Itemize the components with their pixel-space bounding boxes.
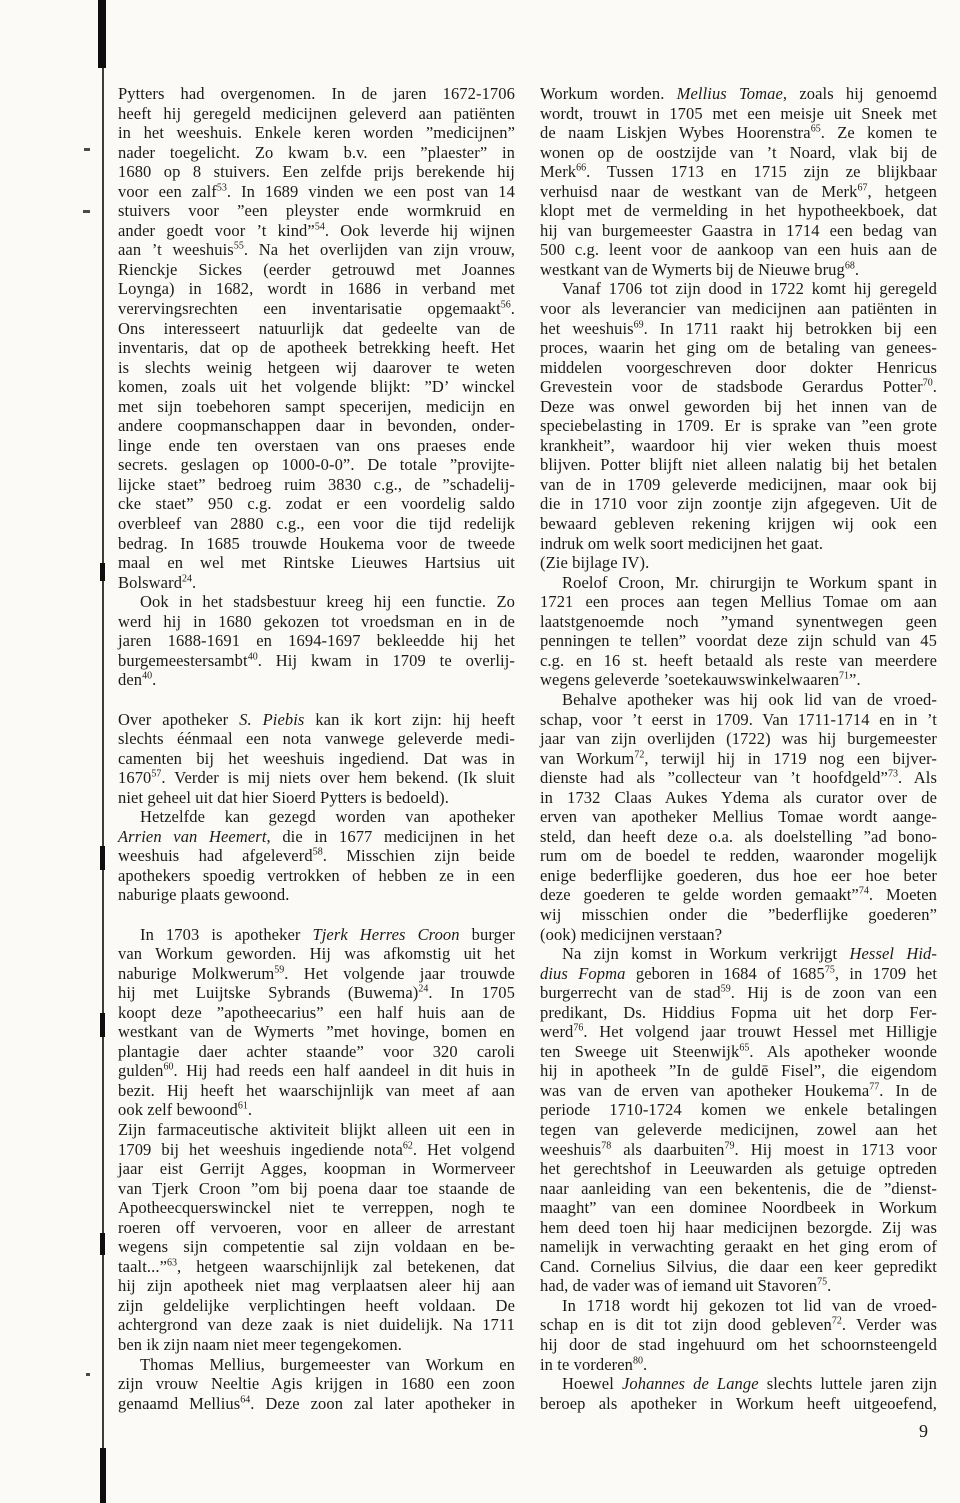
- text-line: predikant, Ds. Hiddius Fopma uit het dor…: [540, 1003, 937, 1023]
- text-line: Roelof Croon, Mr. chirurgijn te Workum s…: [540, 573, 937, 593]
- text-line: tegen van geleverde medicijnen, zowel aa…: [540, 1120, 937, 1140]
- text-line: Workum worden. Mellius Tomae, zoals hij …: [540, 84, 937, 104]
- text-line: wordt, trouwt in 1705 met een meisje uit…: [540, 104, 937, 124]
- text-line: heeft hij geregeld medicijnen geleverd a…: [118, 104, 515, 124]
- text-line: niet geheel uit dat hier Sioerd Pytters …: [118, 788, 515, 808]
- text-line: periode 1710-1724 komen we enkele betali…: [540, 1100, 937, 1120]
- text-line: westkant van de Wymerts ”met hovinge, bo…: [118, 1022, 515, 1042]
- scan-artifact-speck: [83, 210, 90, 213]
- text-line: krankheit”, waardoor hij vier weken thui…: [540, 436, 937, 456]
- text-line: lijcke staet” bedroeg ruim 3830 c.g., de…: [118, 475, 515, 495]
- text-line: werd hij in 1680 gekozen tot vroedsman e…: [118, 612, 515, 632]
- text-line: proces, waarin het ging om de betaling v…: [540, 338, 937, 358]
- text-line: die in 1710 voor zijn zoontje zijn afgeg…: [540, 494, 937, 514]
- text-line: (ook) medicijnen verstaan?: [540, 925, 937, 945]
- text-line: hij van burgemeester Gaastra in 1714 een…: [540, 221, 937, 241]
- text-line: klopt met de vermelding in het hypotheek…: [540, 201, 937, 221]
- text-line: schap en is dit tot zijn dood gebleven72…: [540, 1315, 937, 1335]
- text-line: blijven. Potter blijft niet alleen nalat…: [540, 455, 937, 475]
- text-line: cke staet” 950 c.g. zodat er een voordel…: [118, 494, 515, 514]
- text-line: was van de erven van apotheker Houkema77…: [540, 1081, 937, 1101]
- text-line: 1721 een proces aan tegen Mellius Tomae …: [540, 592, 937, 612]
- text-line: andere coopmanschappen daar in bevonden,…: [118, 416, 515, 436]
- scan-artifact-blot: [100, 1448, 106, 1503]
- text-line: den40.: [118, 670, 515, 690]
- text-line: Pytters had overgenomen. In de jaren 167…: [118, 84, 515, 104]
- text-line: in 1732 Claas Aukes Ydema als curator ov…: [540, 788, 937, 808]
- text-line: 167057. Verder is mij niets over hem bek…: [118, 768, 515, 788]
- scan-artifact-blot: [100, 563, 105, 581]
- text-line: met sijn toebehoren sampt specerijen, me…: [118, 397, 515, 417]
- text-line: komen, zoals uit het volgende blijkt: ”D…: [118, 377, 515, 397]
- text-line: (Zie bijlage IV).: [540, 553, 937, 573]
- text-line: erven van apotheker Mellius Tomae wordt …: [540, 807, 937, 827]
- text-line: naar aanleiding van een bekentenis, die …: [540, 1179, 937, 1199]
- text-line: In 1718 wordt hij gekozen tot lid van de…: [540, 1296, 937, 1316]
- scan-artifact-blot: [100, 1013, 105, 1037]
- text-line: burgerrecht van de stad59. Hij is de zoo…: [540, 983, 937, 1003]
- text-line: Na zijn komst in Workum verkrijgt Hessel…: [540, 944, 937, 964]
- right-column: Workum worden. Mellius Tomae, zoals hij …: [540, 84, 937, 1413]
- text-line: genaamd Mellius64. Deze zoon zal later a…: [118, 1394, 515, 1414]
- text-line: achtergrond van deze zaak is niet duidel…: [118, 1315, 515, 1335]
- text-line: Over apotheker S. Piebis kan ik kort zij…: [118, 710, 515, 730]
- text-line: beroep als apotheker in Workum heeft uit…: [540, 1394, 937, 1414]
- text-line: namelijk in verwachting geraakt en het g…: [540, 1237, 937, 1257]
- text-line: Arrien van Heemert, die in 1677 medicijn…: [118, 827, 515, 847]
- text-line: is slechts weinig hetgeen wij daarover t…: [118, 358, 515, 378]
- text-line: Vanaf 1706 tot zijn dood in 1722 komt hi…: [540, 279, 937, 299]
- text-line: ten Sweege uit Steenwijk65. Als apotheke…: [540, 1042, 937, 1062]
- text-line: bedrag. In 1685 trouwde Houkema voor de …: [118, 534, 515, 554]
- text-line: ook zelf bewoond61.: [118, 1100, 515, 1120]
- text-line: van Workum72, terwijl hij in 1719 nog ee…: [540, 749, 937, 769]
- text-line: Hoewel Johannes de Lange slechts luttele…: [540, 1374, 937, 1394]
- text-line: wegens sijn competentie sal zijn voldaan…: [118, 1237, 515, 1257]
- text-line: hij met Luijtske Sybrands (Buwema)24. In…: [118, 983, 515, 1003]
- text-line: voor als leverancier van medicijnen aan …: [540, 299, 937, 319]
- text-line: weeshuis78 als daarbuiten79. Hij moest i…: [540, 1140, 937, 1160]
- text-line: maaght” van een dominee Noordbeek in Wor…: [540, 1198, 937, 1218]
- text-line: speciebelasting in 1709. Er is sprake va…: [540, 416, 937, 436]
- text-line: In 1703 is apotheker Tjerk Herres Croon …: [118, 925, 515, 945]
- text-line: Loynga) in 1682, wordt in 1686 in verban…: [118, 279, 515, 299]
- text-line: burgemeestersambt40. Hij kwam in 1709 te…: [118, 651, 515, 671]
- scan-artifact-binding-line: [102, 0, 104, 1503]
- text-line: hij zijn apotheek niet mag verplaatsen a…: [118, 1276, 515, 1296]
- text-line: hij door de stad ingehuurd om het schoor…: [540, 1335, 937, 1355]
- text-line: linge ende ten overstaen van ons praeses…: [118, 436, 515, 456]
- text-line: zijn geldelijke verplichtingen heeft vol…: [118, 1296, 515, 1316]
- text-line: wegens geleverde ’soetekauwswinkelwaaren…: [540, 670, 937, 690]
- text-line: apothekers spoedig vertrokken of hebben …: [118, 866, 515, 886]
- scan-artifact-blot: [100, 846, 105, 870]
- text-line: middelen voorgeschreven door dokter Henr…: [540, 358, 937, 378]
- text-line: steld, dan heeft deze o.a. als doelstell…: [540, 827, 937, 847]
- text-line: Ook in het stadsbestuur kreeg hij een fu…: [118, 592, 515, 612]
- text-line: Hetzelfde kan gezegd worden van apotheke…: [118, 807, 515, 827]
- text-line: Ons interesseert natuurlijk dat gedeelte…: [118, 319, 515, 339]
- text-line: naburige Molkwerum59. Het volgende jaar …: [118, 964, 515, 984]
- page-number: 9: [919, 1421, 928, 1442]
- text-line: laatstgenoemde noch ”ymand synentwegen g…: [540, 612, 937, 632]
- text-line: de naam Liskjen Wybes Hoorenstra65. Ze k…: [540, 123, 937, 143]
- text-line: weeshuis had afgeleverd58. Misschien zij…: [118, 846, 515, 866]
- text-line: van Tjerk Croon ”om bij poena daar toe s…: [118, 1179, 515, 1199]
- text-line: bezit. Hij heeft het waarschijnlijk van …: [118, 1081, 515, 1101]
- scan-artifact-speck: [84, 148, 90, 151]
- text-line: westkant van de Wymerts bij de Nieuwe br…: [540, 260, 937, 280]
- text-line: Bolsward24.: [118, 573, 515, 593]
- text-line: Grevestein voor de stadsbode Gerardus Po…: [540, 377, 937, 397]
- text-line: 1709 bij het weeshuis ingediende nota62.…: [118, 1140, 515, 1160]
- text-line: plantagie daer achter staande” voor 320 …: [118, 1042, 515, 1062]
- text-line: dienste had als ”collecteur van ’t hoofd…: [540, 768, 937, 788]
- text-line: hij in apotheek ”In de guldē Fisel”, die…: [540, 1061, 937, 1081]
- text-line: overbleef van 2880 c.g., een voor die ti…: [118, 514, 515, 534]
- text-line: jaar van zijn overlijden (1722) was hij …: [540, 729, 937, 749]
- text-line: van de in 1709 geleverde medicijnen, maa…: [540, 475, 937, 495]
- text-line: naburige plaats gewoond.: [118, 885, 515, 905]
- scan-artifact-speck: [86, 1373, 90, 1376]
- document-page: Pytters had overgenomen. In de jaren 167…: [0, 0, 960, 1503]
- text-line: van Workum geworden. Hij was afkomstig u…: [118, 944, 515, 964]
- text-line: verhuisd naar de westkant van de Merk67,…: [540, 182, 937, 202]
- text-line: nader toegelicht. Zo kwam b.v. een ”plae…: [118, 143, 515, 163]
- text-line: koopt deze ”apotheecarius” een half huis…: [118, 1003, 515, 1023]
- text-line: deze goederen te gelde worden gemaakt”74…: [540, 885, 937, 905]
- text-line: het weeshuis69. In 1711 raakt hij betrok…: [540, 319, 937, 339]
- scan-artifact-blot: [100, 1233, 105, 1255]
- text-line: enige bederflijke goederen, dus hoe eer …: [540, 866, 937, 886]
- text-line: hem deed toen hij haar medicijnen bezorg…: [540, 1218, 937, 1238]
- scan-artifact-blot: [98, 0, 106, 68]
- text-line: jaar eist Gerrijt Agges, koopman in Worm…: [118, 1159, 515, 1179]
- text-line: Rienckje Sickes (eerder getrouwd met Joa…: [118, 260, 515, 280]
- text-line: camenten bij het weeshuis ingediend. Dat…: [118, 749, 515, 769]
- text-line: ben ik zijn naam niet meer tegengekomen.: [118, 1335, 515, 1355]
- text-line: dius Fopma geboren in 1684 of 168575, in…: [540, 964, 937, 984]
- text-line: 500 c.g. leent voor de aankoop van een h…: [540, 240, 937, 260]
- text-line: zijn vrouw Neeltie Agis krijgen in 1680 …: [118, 1374, 515, 1394]
- text-line: ander goedt voor ’t kind”54. Ook leverde…: [118, 221, 515, 241]
- text-line: jaren 1688-1691 en 1694-1697 bekleedde h…: [118, 631, 515, 651]
- text-line: Behalve apotheker was hij ook lid van de…: [540, 690, 937, 710]
- text-line: Apotheecquerswinckel niet te verreppen, …: [118, 1198, 515, 1218]
- text-line: verervingsrechten een inventarisatie opg…: [118, 299, 515, 319]
- text-line: Deze was onwel geworden bij het innen va…: [540, 397, 937, 417]
- text-line: schap, voor ’t eerst in 1709. Van 1711-1…: [540, 710, 937, 730]
- text-line: maal en wel met Rintske Lieuwes Hartsius…: [118, 553, 515, 573]
- text-line: inventaris, dat op de apotheek betrekkin…: [118, 338, 515, 358]
- text-line: Cand. Cornelius Silvius, die daar een ke…: [540, 1257, 937, 1277]
- text-line: Thomas Mellius, burgemeester van Workum …: [118, 1355, 515, 1375]
- text-line: aan ’t weeshuis55. Na het overlijden van…: [118, 240, 515, 260]
- left-column: Pytters had overgenomen. In de jaren 167…: [118, 84, 515, 1413]
- text-line: werd76. Het volgend jaar trouwt Hessel m…: [540, 1022, 937, 1042]
- text-line: in het weeshuis. Enkele keren worden ”me…: [118, 123, 515, 143]
- text-line: roeren off vervoeren, voor en alleer de …: [118, 1218, 515, 1238]
- text-line: indruk om welk soort medicijnen het gaat…: [540, 534, 937, 554]
- text-line: c.g. en 16 st. heeft betaald als reste v…: [540, 651, 937, 671]
- text-line: in te vorderen80.: [540, 1355, 937, 1375]
- text-line: Zijn farmaceutische aktiviteit blijkt al…: [118, 1120, 515, 1140]
- text-line: rum om de boedel te redden, waaronder mo…: [540, 846, 937, 866]
- text-line: wonen op de oostzijde van ’t Noard, vlak…: [540, 143, 937, 163]
- text-line: Merk66. Tussen 1713 en 1715 zijn ze blij…: [540, 162, 937, 182]
- text-line: voor een zalf53. In 1689 vinden we een p…: [118, 182, 515, 202]
- text-line: secrets. geslagen op 1000-0-0”. De total…: [118, 455, 515, 475]
- text-line: had, de vader was of iemand uit Stavoren…: [540, 1276, 937, 1296]
- text-line: wij misschien onder die ”bederflijke goe…: [540, 905, 937, 925]
- text-line: penningen te tellen” voordat deze zijn s…: [540, 631, 937, 651]
- text-line: 1680 op 8 stuivers. Een zelfde prijs ber…: [118, 162, 515, 182]
- text-line: stuivers voor ”een pleyster ende wormkru…: [118, 201, 515, 221]
- text-line: taalt...”63, hetgeen waarschijnlijk zal …: [118, 1257, 515, 1277]
- text-line: het gerechtshof in Leeuwarden als getuig…: [540, 1159, 937, 1179]
- text-line: bewaard gebleven rekening krijgen wij oo…: [540, 514, 937, 534]
- text-line: gulden60. Hij had reeds een half aandeel…: [118, 1061, 515, 1081]
- text-line: slechts éénmaal een nota vanwege gelever…: [118, 729, 515, 749]
